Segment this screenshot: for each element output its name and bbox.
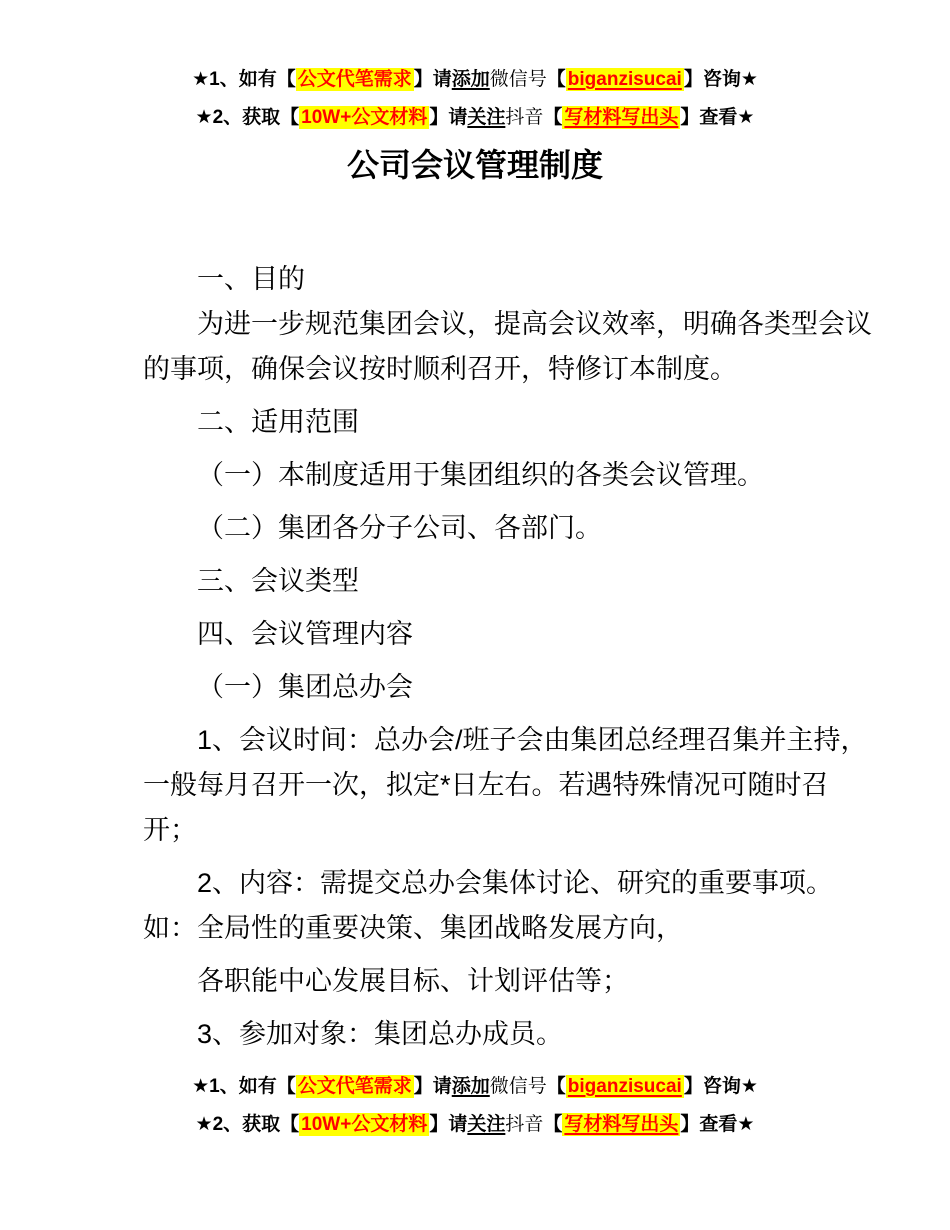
paragraph: 2、内容：需提交总办会集体讨论、研究的重要事项。如：全局性的重要决策、集团战略发… [143, 861, 832, 951]
paragraph: 1、会议时间：总办会/班子会由集团总经理召集并主持，一般每月召开一次，拟定*日左… [143, 718, 832, 853]
body-line: 如：全局性的重要决策、集团战略发展方向， [143, 906, 832, 951]
body-line: 3、参加对象：集团总办成员。 [143, 1012, 832, 1057]
promo-text: 微信号 [490, 69, 547, 90]
body-line: 四、会议管理内容 [143, 612, 832, 657]
page-title: 公司会议管理制度 [0, 142, 950, 188]
promo-text: 添加 [452, 1076, 490, 1097]
promo-text: 抖音 [505, 107, 543, 128]
body-line: 各职能中心发展目标、计划评估等； [143, 959, 832, 1004]
paragraph: 四、会议管理内容 [143, 612, 832, 657]
promo-highlight-text: 10W+公文材料 [299, 1113, 429, 1136]
promo-line: ★2、获取【10W+公文材料】请关注抖音【写材料写出头】查看★ [0, 99, 950, 137]
promo-text: ★2、获取【 [196, 107, 300, 128]
promo-text: 【 [547, 1076, 566, 1097]
paragraph: （二）集团各分子公司、各部门。 [143, 506, 832, 551]
promo-text: 添加 [452, 69, 490, 90]
promo-text: 【 [547, 69, 566, 90]
paragraph: （一）本制度适用于集团组织的各类会议管理。 [143, 453, 832, 498]
promo-line: ★2、获取【10W+公文材料】请关注抖音【写材料写出头】查看★ [0, 1106, 950, 1144]
promo-text: 关注 [467, 1114, 505, 1135]
promo-text: 】请 [414, 69, 452, 90]
body-line: 开； [143, 808, 832, 853]
promo-text: 】咨询★ [684, 69, 758, 90]
body-line: （二）集团各分子公司、各部门。 [143, 506, 832, 551]
promo-text: 】请 [429, 1114, 467, 1135]
promo-line: ★1、如有【公文代笔需求】请添加微信号【biganzisucai】咨询★ [0, 1068, 950, 1106]
promo-text: 】请 [429, 107, 467, 128]
promo-text: ★1、如有【 [192, 1076, 296, 1097]
promo-text: 关注 [467, 107, 505, 128]
promo-text: 】查看★ [680, 107, 754, 128]
promo-text: 微信号 [490, 1076, 547, 1097]
body-line: 为进一步规范集团会议，提高会议效率，明确各类型会议 [143, 302, 832, 347]
document-page: ★1、如有【公文代笔需求】请添加微信号【biganzisucai】咨询★★2、获… [0, 0, 950, 1230]
body-line: 一般每月召开一次，拟定*日左右。若遇特殊情况可随时召 [143, 763, 832, 808]
promo-text: ★2、获取【 [196, 1114, 300, 1135]
promo-text: 】咨询★ [684, 1076, 758, 1097]
body-line: （一）本制度适用于集团组织的各类会议管理。 [143, 453, 832, 498]
paragraph: 二、适用范围 [143, 400, 832, 445]
promo-highlight-text: biganzisucai [566, 1075, 684, 1098]
paragraph: 三、会议类型 [143, 559, 832, 604]
promo-highlight-text: 写材料写出头 [562, 1113, 680, 1136]
promo-text: ★1、如有【 [192, 69, 296, 90]
paragraph: 3、参加对象：集团总办成员。 [143, 1012, 832, 1057]
promo-text: 抖音 [505, 1114, 543, 1135]
paragraph: 为进一步规范集团会议，提高会议效率，明确各类型会议的事项，确保会议按时顺利召开，… [143, 302, 832, 392]
promo-highlight-text: 10W+公文材料 [299, 106, 429, 129]
promo-highlight-text: 公文代笔需求 [296, 1075, 414, 1098]
paragraph: 一、目的 [143, 257, 832, 302]
promo-text: 】查看★ [680, 1114, 754, 1135]
body-line: 1、会议时间：总办会/班子会由集团总经理召集并主持， [143, 718, 832, 763]
body-line: 一、目的 [143, 257, 832, 302]
promo-highlight-text: biganzisucai [566, 68, 684, 91]
body-line: 的事项，确保会议按时顺利召开，特修订本制度。 [143, 347, 832, 392]
promo-footer: ★1、如有【公文代笔需求】请添加微信号【biganzisucai】咨询★★2、获… [0, 1068, 950, 1144]
promo-header: ★1、如有【公文代笔需求】请添加微信号【biganzisucai】咨询★★2、获… [0, 0, 950, 137]
promo-text: 【 [543, 1114, 562, 1135]
body-line: 二、适用范围 [143, 400, 832, 445]
promo-highlight-text: 公文代笔需求 [296, 68, 414, 91]
body-line: 2、内容：需提交总办会集体讨论、研究的重要事项。 [143, 861, 832, 906]
body-line: （一）集团总办会 [143, 665, 832, 710]
body-line: 三、会议类型 [143, 559, 832, 604]
document-body: 一、目的为进一步规范集团会议，提高会议效率，明确各类型会议的事项，确保会议按时顺… [0, 257, 950, 1057]
promo-highlight-text: 写材料写出头 [562, 106, 680, 129]
promo-text: 】请 [414, 1076, 452, 1097]
promo-line: ★1、如有【公文代笔需求】请添加微信号【biganzisucai】咨询★ [0, 61, 950, 99]
promo-text: 【 [543, 107, 562, 128]
paragraph: 各职能中心发展目标、计划评估等； [143, 959, 832, 1004]
paragraph: （一）集团总办会 [143, 665, 832, 710]
